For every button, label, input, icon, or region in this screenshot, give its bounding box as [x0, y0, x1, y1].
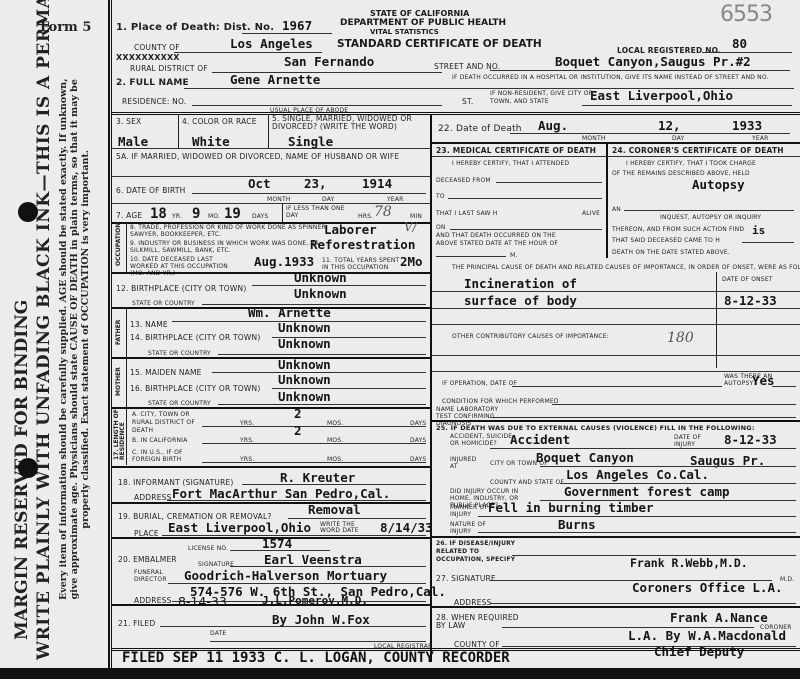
yr-label: Yr. — [172, 213, 182, 220]
age-months: 9 — [192, 206, 200, 222]
trade-label: 8. Trade, profession or kind of work don… — [130, 224, 330, 238]
mo-label: Mo. — [208, 213, 220, 220]
county-label: County of — [134, 43, 180, 52]
director-label: Funeral Director — [134, 569, 170, 583]
injury-location: Government forest camp — [564, 484, 730, 499]
sex-label: 3. Sex — [116, 117, 141, 126]
recorder-stamp: FILED SEP 11 1933 C. L. LOGAN, COUNTY RE… — [122, 650, 510, 666]
month-label: Month — [582, 135, 606, 142]
rural-district-value: San Fernando — [284, 54, 374, 69]
father-side-label: FATHER — [115, 320, 122, 345]
burial-place: East Liverpool,Ohio — [168, 520, 311, 535]
underline — [496, 182, 602, 183]
industry-value: Reforestration — [310, 237, 415, 252]
residence-value: East Liverpool,Ohio — [590, 88, 733, 103]
age-years: 18 — [150, 206, 167, 222]
underline — [167, 500, 426, 501]
coroner-cert-line: death on the date stated above. — [612, 249, 730, 256]
underline — [230, 550, 330, 551]
race-value: White — [192, 134, 230, 149]
binding-margin: Form 5 WRITE PLAINLY WITH UNFADING BLACK… — [0, 0, 108, 668]
underline — [174, 52, 322, 53]
district-number: 1967 — [282, 18, 312, 33]
medical-cert-line: and that death occurred on the — [436, 232, 556, 239]
local-registered-label: Local Registered No. — [617, 46, 721, 55]
condition-label: Condition for which performed — [442, 398, 559, 405]
death-month: Aug. — [538, 118, 568, 133]
license-label: License No. — [188, 545, 228, 552]
external-causes-label: 25. If death was due to external causes … — [436, 424, 755, 432]
total-years-value: 2Mo — [400, 254, 423, 269]
filed-by: By John W.Fox — [272, 612, 370, 627]
coroner-name: Frank A.Nance — [670, 610, 768, 625]
birthplace-label: 12. Birthplace (city or town) — [116, 284, 246, 293]
cell-divider — [268, 114, 269, 148]
rural-district-label: Rural District of — [130, 64, 208, 73]
father-birthplace: Unknown — [278, 320, 331, 335]
cell-divider — [178, 114, 179, 148]
injury-date-value: 8-12-33 — [724, 432, 777, 447]
divider — [112, 407, 430, 409]
total-years-label: 11. Total years spent in this occupation — [322, 257, 402, 271]
burial-date: 8/14/33 — [380, 520, 433, 535]
divider — [432, 420, 800, 422]
injury-type-value: Accident — [510, 432, 570, 447]
onset-label: Date of Onset — [722, 276, 773, 283]
medical-cert-line: I hereby certify, that I attended — [452, 160, 569, 167]
underline — [218, 404, 426, 405]
street-value: Boquet Canyon,Saugus Pr.#2 — [555, 54, 751, 69]
injury-county-label: County and State of — [490, 479, 564, 486]
underline — [702, 52, 792, 53]
underline — [552, 404, 796, 405]
underline — [192, 193, 426, 194]
mother-birthplace: Unknown — [278, 372, 331, 387]
coroner-cert-line: that said deceased came to h — [612, 237, 720, 244]
medical-cert-line: deceased from — [436, 177, 491, 184]
underline — [512, 386, 722, 387]
scan-edge — [0, 668, 800, 679]
struck-out-label: XXXXXXXXXX — [116, 53, 180, 62]
father-name-label: 13. Name — [130, 320, 168, 329]
divider — [432, 606, 800, 608]
injury-manner: Fell in burning timber — [488, 500, 654, 515]
underline — [742, 242, 794, 243]
instructions: Every item of information should be care… — [58, 78, 91, 600]
director-value: Goodrich-Halverson Mortuary — [184, 568, 387, 583]
filed-date: 8-14-33 — [178, 594, 227, 609]
dob-label: 6. Date of Birth — [116, 186, 185, 195]
full-name-label: 2. Full Name — [116, 78, 189, 88]
underline — [288, 518, 426, 519]
mother-maiden-label: 15. Maiden Name — [130, 368, 202, 377]
underline — [432, 324, 800, 325]
handwritten-note: 180 — [667, 330, 694, 346]
informant-name: R. Kreuter — [280, 470, 355, 485]
length-of-residence-label: 17. LENGTH OF RESIDENCE — [114, 408, 126, 460]
injury-date-label: Date of injury — [674, 434, 714, 448]
cause-intro: The principal cause of death and related… — [452, 264, 800, 271]
age-label: 7. Age — [116, 211, 142, 220]
injury-city: Boquet Canyon — [536, 450, 634, 465]
stamp-number: 6553 — [720, 2, 772, 27]
underline — [478, 532, 796, 533]
burial-date-label: Write the word Date — [320, 522, 370, 534]
underline — [490, 70, 790, 71]
medical-cert-line: on — [436, 224, 446, 231]
underline — [478, 516, 796, 517]
hospital-note: If death occurred in a hospital or insti… — [452, 74, 769, 81]
state-label: State or Country — [148, 400, 211, 407]
informant-address: Fort MacArthur San Pedro,Cal. — [172, 486, 390, 501]
an-label: An — [612, 206, 621, 213]
coroner-cert-title: 24. Coroner's Certificate of Death — [612, 146, 784, 155]
days-label: Days — [252, 213, 268, 220]
divider — [432, 536, 800, 538]
instructions-line: give approximate age. Physicians should … — [69, 78, 80, 600]
nonresident-label: If non-resident, give city or town, and … — [490, 90, 600, 106]
state-title: STATE OF CALIFORNIA — [370, 9, 469, 18]
father-name: Wm. Arnette — [248, 305, 331, 320]
medical-cert-title: 23. Medical Certificate of Death — [436, 146, 596, 155]
cell-divider — [126, 407, 127, 465]
full-name-value: Gene Arnette — [230, 72, 320, 87]
cell-divider — [716, 272, 717, 368]
underline — [450, 229, 602, 230]
divider — [112, 112, 800, 115]
inquest-note: Inquest, Autopsy or Inquiry — [660, 214, 761, 221]
health-officer: J.L.Pomeroy,M.D. — [262, 594, 368, 607]
divider — [112, 272, 430, 274]
st-label: St. — [462, 97, 473, 106]
embalmer-label: 20. Embalmer — [118, 555, 177, 564]
signature-value: Frank R.Webb,M.D. — [630, 556, 748, 570]
underline — [432, 308, 800, 309]
instructions-line: properly classified. Exact statement of … — [80, 78, 91, 600]
residence-a-months: 2 — [294, 406, 302, 421]
license-number: 1574 — [262, 536, 292, 551]
cell-divider — [126, 357, 127, 407]
underline — [202, 443, 426, 444]
coroner-county: L.A. By W.A.Macdonald — [628, 628, 786, 643]
underline — [448, 198, 602, 199]
coroner-cert-line: I hereby certify, that I took charge — [626, 160, 756, 167]
underline — [502, 646, 796, 647]
year-label: Year — [752, 135, 769, 142]
coroner-held-value: Autopsy — [692, 177, 745, 192]
injury-county: Los Angeles Co.Cal. — [566, 467, 709, 482]
coroner-cert-line: thereon, and from such action find — [612, 226, 744, 233]
underline — [432, 355, 800, 356]
place-of-death-label: 1. Place of Death: Dist. No. — [116, 22, 274, 33]
cell-divider — [126, 222, 127, 272]
dob-year: 1914 — [362, 176, 392, 191]
birthplace-city: Unknown — [294, 270, 347, 285]
underline — [230, 566, 426, 567]
divider — [112, 502, 430, 504]
birthplace-state: Unknown — [294, 286, 347, 301]
underline — [210, 641, 426, 642]
death-year: 1933 — [732, 118, 762, 133]
other-causes-label: Other contributory causes of importance: — [452, 333, 609, 340]
signature-label: 27. Signature — [436, 574, 496, 583]
year-label: Year — [387, 196, 404, 203]
sex-value: Male — [118, 134, 148, 149]
embalmer-signature: Earl Veenstra — [264, 552, 362, 567]
residence-label: Residence: No. — [122, 97, 186, 106]
min-label: Min — [410, 213, 422, 220]
department-title: DEPARTMENT OF PUBLIC HEALTH — [340, 18, 506, 28]
cell-divider — [126, 307, 127, 357]
underline — [242, 484, 426, 485]
underline — [432, 371, 800, 372]
punch-hole — [18, 458, 38, 478]
residence-b-label: B. In California — [132, 437, 187, 444]
filed-label: 21. Filed — [118, 619, 155, 628]
dob-month: Oct — [248, 176, 271, 191]
local-registered-number: 80 — [732, 36, 747, 51]
residence-a-label: A. City, town or rural district of death — [132, 411, 212, 435]
medical-cert-line: alive — [582, 210, 600, 217]
state-label: State or Country — [132, 300, 195, 307]
underline — [202, 462, 426, 463]
underline — [582, 105, 792, 106]
occupation-side-label: OCCUPATION — [115, 223, 122, 266]
industry-label: 9. Industry or business in which work wa… — [130, 240, 330, 254]
age-days: 19 — [224, 206, 241, 222]
signature-label: Signature — [198, 561, 234, 568]
last-worked-value: Aug.1933 — [254, 254, 314, 269]
occupational-label: 26. If disease/injury related to occupat… — [436, 540, 526, 564]
death-day: 12, — [658, 118, 681, 133]
coroner-cert-line: of the remains described above, held — [612, 170, 750, 177]
day-label: Day — [322, 196, 334, 203]
father-state: Unknown — [278, 336, 331, 351]
medical-cert-line: that I last saw h — [436, 210, 497, 217]
residence-b-months: 2 — [294, 423, 302, 438]
underline — [202, 426, 426, 427]
dob-day: 23, — [304, 176, 327, 191]
column-divider — [430, 114, 432, 662]
punch-hole — [18, 202, 38, 222]
medical-cert-line: to — [436, 193, 445, 200]
trade-value: Laborer — [324, 222, 377, 237]
instructions-line: Every item of information should be care… — [58, 78, 69, 600]
handwritten-mark: V/ — [404, 220, 417, 234]
handwritten-note: 78 — [374, 204, 392, 220]
divider — [112, 148, 430, 149]
state-label: State or Country — [148, 350, 211, 357]
cause-line-1: Incineration of — [464, 276, 577, 291]
underline — [624, 210, 794, 211]
certificate-title: STANDARD CERTIFICATE OF DEATH — [337, 38, 542, 50]
underline — [432, 291, 800, 292]
mother-state: Unknown — [278, 389, 331, 404]
binding-notice: WRITE PLAINLY WITH UNFADING BLACK INK—TH… — [34, 0, 54, 660]
cause-onset: 8-12-33 — [724, 293, 777, 308]
underline — [490, 417, 796, 418]
medical-cert-line: above stated date at the hour of — [436, 240, 558, 247]
father-birthplace-label: 14. Birthplace (city or town) — [130, 333, 260, 342]
bureau-title: VITAL STATISTICS — [370, 28, 439, 36]
operation-label: If operation, date of — [442, 380, 517, 387]
underline — [490, 448, 796, 449]
date-label: Date — [210, 630, 226, 637]
coroner-deputy: Chief Deputy — [654, 644, 744, 659]
mother-birthplace-label: 16. Birthplace (city or town) — [130, 384, 260, 393]
divider — [112, 466, 430, 468]
injured-at-label: Injured at — [450, 456, 480, 470]
month-label: Month — [267, 196, 291, 203]
burial-value: Removal — [308, 502, 361, 517]
residence-c-label: C. In U.S., if of foreign birth — [132, 449, 212, 463]
underline — [192, 105, 442, 106]
less-than-day-label: If less than one day — [286, 205, 356, 219]
mother-side-label: MOTHER — [115, 367, 122, 396]
marital-label: 5. Single, Married, Widowed or Divorced?… — [272, 115, 427, 131]
day-label: Day — [672, 135, 684, 142]
underline — [218, 354, 426, 355]
signature-address: Coroners Office L.A. — [632, 580, 783, 595]
coroner-pronoun: is — [752, 224, 765, 237]
cell-divider — [606, 142, 608, 258]
marital-value: Single — [288, 134, 333, 149]
medical-cert-line: M. — [510, 252, 517, 259]
underline — [162, 535, 426, 536]
underline — [436, 256, 506, 257]
underline — [510, 133, 790, 134]
hrs-label: Hrs. — [358, 213, 373, 220]
informant-address-label: Address — [134, 493, 172, 502]
certificate-form: 6553 STATE OF CALIFORNIA DEPARTMENT OF P… — [112, 0, 800, 668]
underline — [772, 386, 796, 387]
underline — [242, 33, 332, 34]
cell-divider — [282, 203, 283, 223]
race-label: 4. Color or Race — [182, 117, 257, 126]
divider — [112, 357, 430, 359]
spouse-label: 5a. If Married, Widowed or Divorced, Nam… — [116, 152, 399, 161]
mother-maiden: Unknown — [278, 357, 331, 372]
divider — [432, 142, 800, 144]
divider — [432, 156, 800, 157]
death-certificate: Form 5 WRITE PLAINLY WITH UNFADING BLACK… — [0, 0, 800, 668]
cause-line-2: surface of body — [464, 293, 577, 308]
ink-notice: WRITE PLAINLY WITH UNFADING BLACK INK—TH… — [34, 0, 54, 660]
injury-nature: Burns — [558, 517, 596, 532]
underline — [490, 603, 796, 604]
county-value: Los Angeles — [230, 36, 313, 51]
